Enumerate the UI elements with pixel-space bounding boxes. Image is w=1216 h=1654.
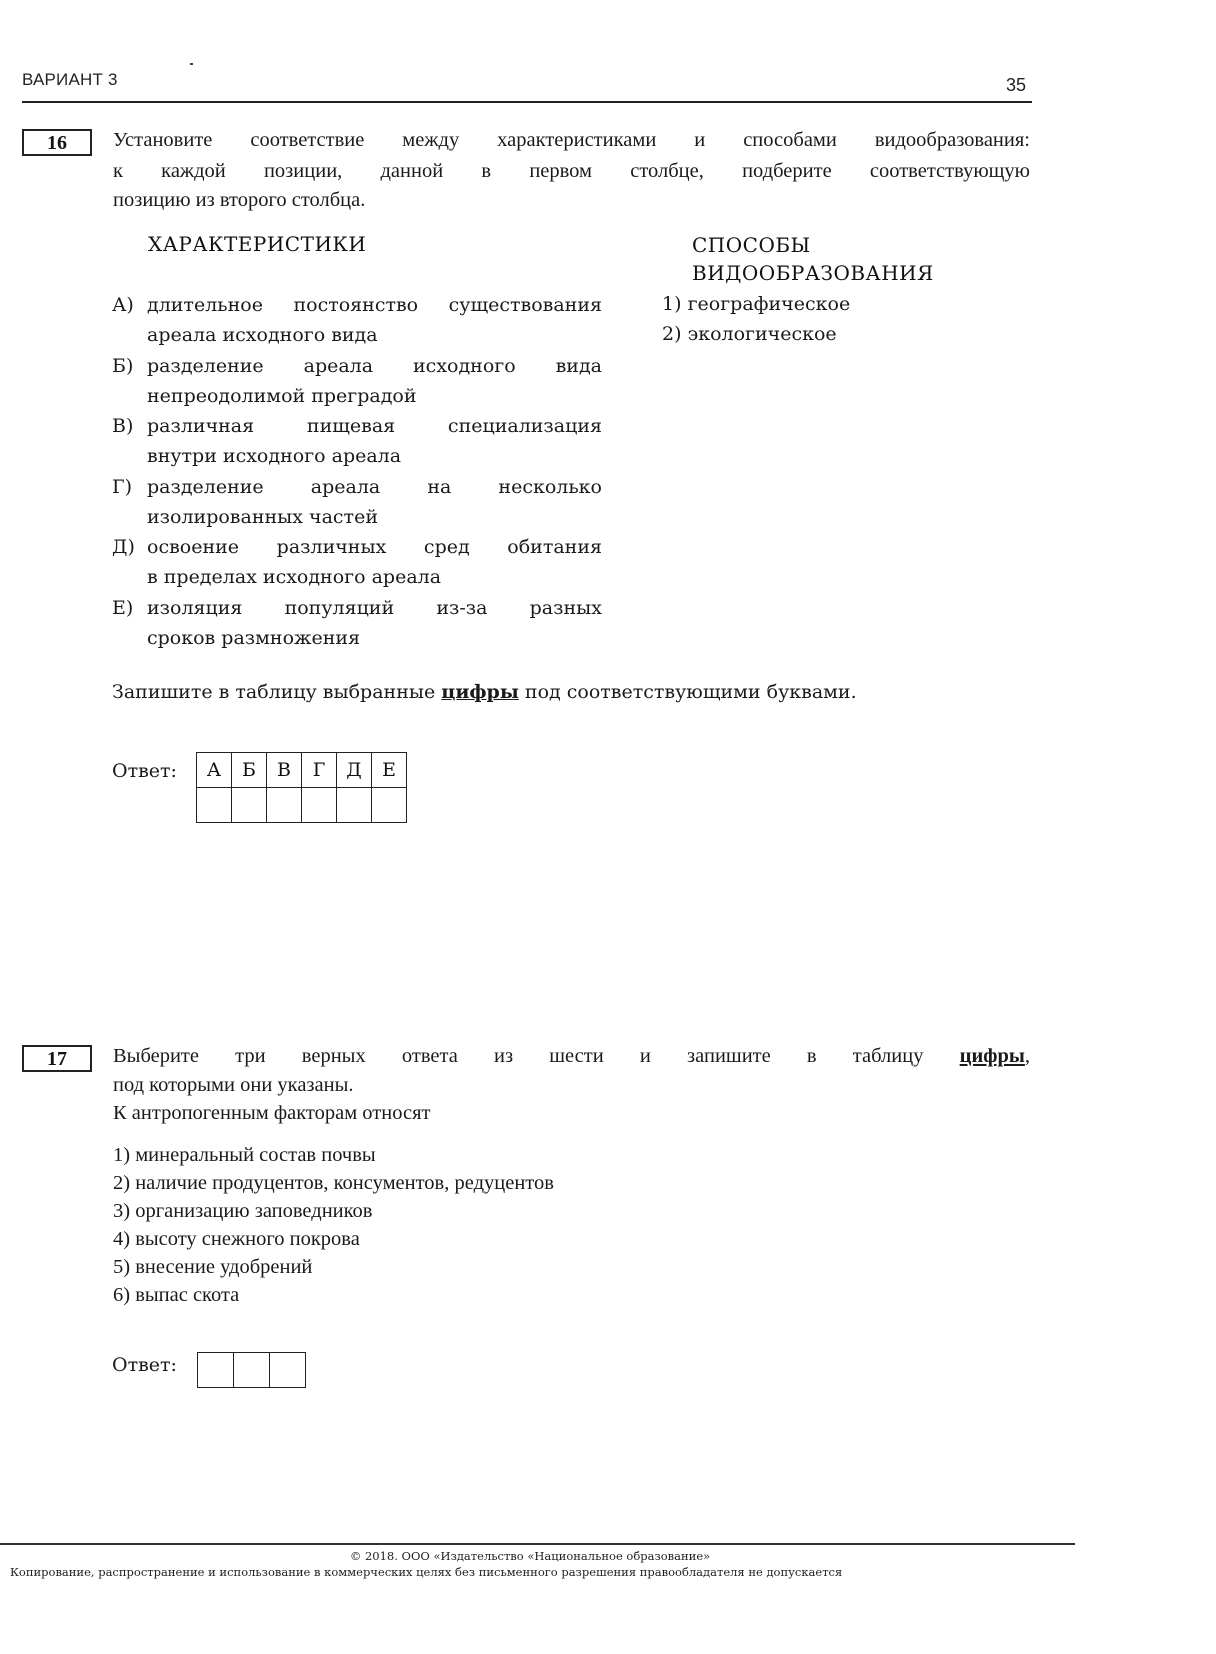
instruction-text: под соответствующими буквами. (519, 681, 857, 703)
characteristic-line-1: различная пищевая специализация (147, 411, 602, 441)
characteristic-item: Б)разделение ареала исходного виданепрео… (112, 351, 602, 411)
answer-table-header-row: АБВГДЕ (197, 753, 407, 788)
characteristic-text: освоение различных сред обитанияв предел… (147, 532, 602, 592)
characteristic-item: Е)изоляция популяций из-за разныхсроков … (112, 593, 602, 653)
scan-artifact-dot (190, 63, 193, 65)
option-text: выпас скота (135, 1284, 239, 1306)
characteristic-item: Д)освоение различных сред обитанияв пред… (112, 532, 602, 592)
answer-column-header: Д (337, 753, 372, 788)
option-text: наличие продуцентов, консументов, редуце… (135, 1172, 554, 1194)
characteristic-line-2: в пределах исходного ареала (147, 562, 602, 592)
characteristic-line-2: изолированных частей (147, 502, 602, 532)
variant-label: ВАРИАНТ 3 (22, 70, 118, 90)
characteristic-label: А) (112, 290, 134, 320)
option-label: 3) (113, 1200, 130, 1222)
answer-cell[interactable] (372, 788, 407, 823)
answer-cell[interactable] (197, 788, 232, 823)
footer-copyright: © 2018. ООО «Издательство «Национальное … (0, 1549, 1060, 1563)
answer-column-header: Е (372, 753, 407, 788)
instruction-text: Запишите в таблицу выбранные (112, 681, 441, 703)
answer-option: 2) наличие продуцентов, консументов, ред… (113, 1169, 554, 1197)
option-label: 5) (113, 1256, 130, 1278)
characteristic-text: разделение ареала на несколькоизолирован… (147, 472, 602, 532)
characteristic-line-1: освоение различных сред обитания (147, 532, 602, 562)
answer-table-value-row (197, 788, 407, 823)
characteristic-label: Б) (112, 351, 133, 381)
answer-cells-row (198, 1353, 306, 1388)
answer-cell[interactable] (232, 788, 267, 823)
methods-column-title-line-2: ВИДООБРАЗОВАНИЯ (692, 259, 934, 287)
task-16-answer-table: АБВГДЕ (196, 752, 407, 823)
characteristic-line-1: разделение ареала исходного вида (147, 351, 602, 381)
page-number: 35 (1006, 75, 1026, 96)
characteristic-line-2: ареала исходного вида (147, 320, 602, 350)
task-17-question: К антропогенным факторам относят (113, 1099, 430, 1127)
instruction-text: , (1025, 1045, 1030, 1067)
task-17-answer-table (197, 1352, 306, 1388)
characteristics-column-title: ХАРАКТЕРИСТИКИ (148, 230, 366, 258)
method-label: 1) (662, 293, 682, 315)
method-text: географическое (688, 293, 851, 315)
task-16-instruction-line-1: Установите соответствие между характерис… (113, 126, 1030, 154)
characteristic-item: А)длительное постоянство существованияар… (112, 290, 602, 350)
answer-column-header: Г (302, 753, 337, 788)
task-17-number-box: 17 (22, 1045, 92, 1072)
characteristic-item: Г)разделение ареала на несколькоизолиров… (112, 472, 602, 532)
task-16-instruction-line-2: к каждой позиции, данной в первом столбц… (113, 157, 1030, 185)
method-item-2: 2) экологическое (662, 319, 837, 349)
answer-option: 5) внесение удобрений (113, 1253, 312, 1281)
method-text: экологическое (688, 323, 837, 345)
answer-option: 4) высоту снежного покрова (113, 1225, 360, 1253)
answer-cell[interactable] (302, 788, 337, 823)
answer-option: 6) выпас скота (113, 1281, 239, 1309)
option-label: 6) (113, 1284, 130, 1306)
characteristic-line-1: изоляция популяций из-за разных (147, 593, 602, 623)
method-item-1: 1) географическое (662, 289, 850, 319)
characteristic-line-2: внутри исходного ареала (147, 441, 602, 471)
answer-cell[interactable] (270, 1353, 306, 1388)
characteristic-label: Д) (112, 532, 135, 562)
option-label: 4) (113, 1228, 130, 1250)
answer-cell[interactable] (234, 1353, 270, 1388)
answer-column-header: А (197, 753, 232, 788)
footer-notice: Копирование, распространение и использов… (10, 1565, 1070, 1579)
answer-cell[interactable] (267, 788, 302, 823)
characteristic-label: В) (112, 411, 133, 441)
emphasis-digits: цифры (441, 681, 519, 703)
methods-column-title-line-1: СПОСОБЫ (692, 231, 811, 259)
characteristic-line-1: разделение ареала на несколько (147, 472, 602, 502)
answer-column-header: В (267, 753, 302, 788)
option-label: 1) (113, 1144, 130, 1166)
characteristic-line-2: сроков размножения (147, 623, 602, 653)
characteristic-line-1: длительное постоянство существования (147, 290, 602, 320)
characteristic-line-2: непреодолимой преградой (147, 381, 602, 411)
answer-column-header: Б (232, 753, 267, 788)
characteristic-text: разделение ареала исходного виданепреодо… (147, 351, 602, 411)
option-label: 2) (113, 1172, 130, 1194)
answer-cell[interactable] (337, 788, 372, 823)
task-16-instruction-line-3: позицию из второго столбца. (113, 186, 365, 214)
task-17-instruction-line-1: Выберите три верных ответа из шести и за… (113, 1042, 1030, 1070)
option-text: высоту снежного покрова (135, 1228, 360, 1250)
task-16-write-instruction: Запишите в таблицу выбранные цифры под с… (112, 677, 857, 707)
task-17-instruction-line-2: под которыми они указаны. (113, 1071, 354, 1099)
task-17-answer-label: Ответ: (112, 1350, 177, 1380)
footer-divider (0, 1543, 1075, 1545)
characteristic-item: В)различная пищевая специализациявнутри … (112, 411, 602, 471)
characteristic-text: различная пищевая специализациявнутри ис… (147, 411, 602, 471)
task-16-number-box: 16 (22, 129, 92, 156)
emphasis-digits: цифры (960, 1045, 1025, 1067)
answer-cell[interactable] (198, 1353, 234, 1388)
characteristic-text: изоляция популяций из-за разныхсроков ра… (147, 593, 602, 653)
characteristic-label: Г) (112, 472, 132, 502)
instruction-text: Выберите три верных ответа из шести и за… (113, 1045, 960, 1067)
header-divider (22, 101, 1032, 103)
task-16-answer-label: Ответ: (112, 756, 177, 786)
characteristic-text: длительное постоянство существованияареа… (147, 290, 602, 350)
method-label: 2) (662, 323, 682, 345)
option-text: минеральный состав почвы (135, 1144, 376, 1166)
answer-option: 3) организацию заповедников (113, 1197, 373, 1225)
characteristic-label: Е) (112, 593, 133, 623)
option-text: организацию заповедников (135, 1200, 372, 1222)
option-text: внесение удобрений (135, 1256, 312, 1278)
answer-option: 1) минеральный состав почвы (113, 1141, 376, 1169)
